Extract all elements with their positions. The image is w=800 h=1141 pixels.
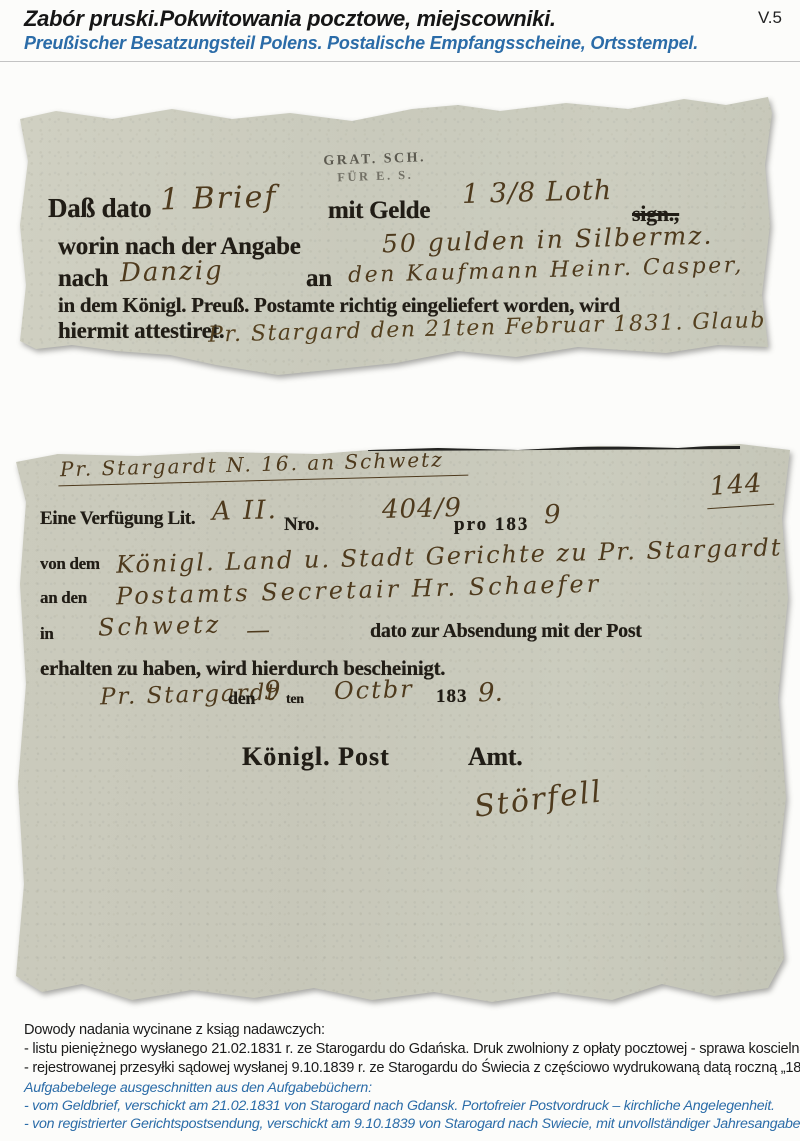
receipt-1839: Pr. Stargardt N. 16. an Schwetz 144 Eine… [16,436,790,1018]
printed-mit-gelde: mit Gelde [328,197,430,225]
caption-de-title: Aufgabebelege ausgeschnitten aus den Auf… [24,1080,372,1096]
printed-dato-absendung: dato zur Absendung mit der Post [370,620,642,643]
handwritten-day: 9 [264,676,281,706]
handwritten-signature: Störfell [472,774,604,824]
caption-pl-title: Dowody nadania wycinane z ksiąg nadawczy… [24,1022,325,1038]
handwritten-nro-value: 404/9 [382,493,463,525]
postal-cachet-stamp: GRAT. SCH. FÜR E. S. [309,149,440,188]
printed-amt: Amt. [468,742,522,772]
caption-pl-line-1831: - listu pieniężnego wysłanego 21.02.1831… [24,1041,800,1057]
printed-von-dem: von dem [40,554,100,574]
printed-pro-183: pro 183 [454,514,529,536]
handwritten-kaufmann: den Kaufmann Heinr. Casper, [348,253,744,288]
page-title-polish: Zabór pruski.Pokwitowania pocztowe, miej… [24,6,556,32]
caption-de-line-1831: - vom Geldbrief, verschickt am 21.02.183… [24,1098,775,1114]
handwritten-month: Octbr [334,675,414,705]
page-title-german: Preußischer Besatzungsteil Polens. Posta… [24,33,698,54]
printed-ten: ten [286,692,304,708]
handwritten-lit: A II. [212,495,279,527]
printed-nach: nach [58,265,108,293]
handwritten-number-144: 144 [705,468,774,510]
caption-de-line-1839: - von registrierter Gerichtspostsendung,… [24,1116,800,1132]
handwritten-year-digit-top: 9 [544,500,561,530]
handwritten-danzig: Danzig [120,256,224,289]
handwritten-year-digit: 9. [478,678,504,709]
handwritten-brief: 1 Brief [160,179,278,217]
printed-an: an [306,265,332,293]
caption-pl-line-1839: - rejestrowanej przesyłki sądowej wysłan… [24,1060,800,1076]
printed-koenigl-post: Königl. Post [242,742,390,772]
handwritten-dash-flourish: — [246,616,271,645]
stamp-line-2: FÜR E. S. [310,166,441,188]
handwritten-schwetz: Schwetz [98,610,222,641]
handwritten-amount-loth: 1 3/8 Loth [462,175,613,210]
handwritten-route-header: Pr. Stargardt N. 16. an Schwetz [58,447,468,487]
printed-nro: Nro. [284,514,319,536]
receipt-1831-paper: GRAT. SCH. FÜR E. S. Daß dato 1 Brief mi… [20,93,772,377]
printed-an-den: an den [40,588,87,608]
printed-183: 183 [436,686,468,708]
printed-in: in [40,624,54,644]
receipt-1831: GRAT. SCH. FÜR E. S. Daß dato 1 Brief mi… [20,93,772,377]
page-number: V.5 [758,8,782,28]
receipt-1839-paper: Pr. Stargardt N. 16. an Schwetz 144 Eine… [16,436,790,1018]
printed-eine-verfuegung: Eine Verfügung Lit. [40,508,195,530]
printed-hiermit: hiermit attestiret. [58,318,224,344]
header-divider [0,61,800,62]
handwritten-gericht: Königl. Land u. Stadt Gerichte zu Pr. St… [116,533,783,578]
album-page: { "header": { "title_pl": "Zabór pruski.… [0,0,800,1141]
printed-dass-dato: Daß dato [48,193,151,224]
printed-den: den [228,688,255,709]
handwritten-gulden: 50 gulden in Silbermz. [382,221,714,259]
